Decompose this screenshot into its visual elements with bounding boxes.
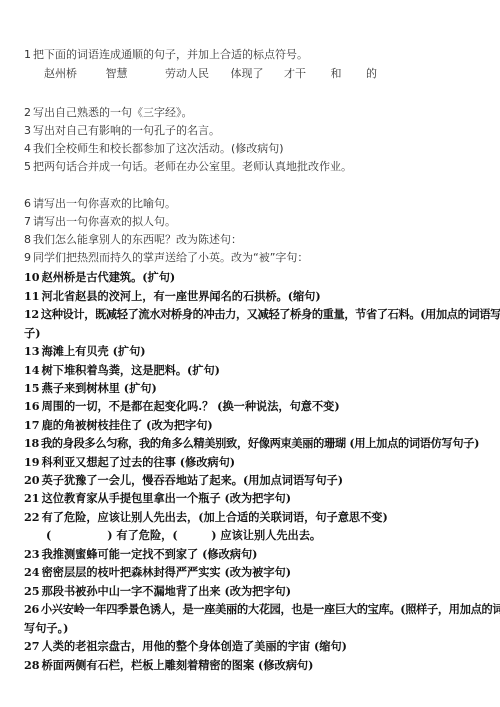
question-text: 小兴安岭一年四季景色诱人，是一座美丽的大花园，也是一座巨大的宝库。(照样子，用加… [41, 602, 500, 616]
question-3: 3写出对自己有影响的一句孔子的名言。 [24, 123, 220, 139]
question-text: 树下堆积着鸟粪，这是肥料。(扩句) [42, 363, 220, 377]
question-number: 23 [24, 547, 40, 561]
word-bank: 赵州桥 智慧 劳动人民 体现了 才干 和 的 [44, 66, 377, 82]
question-18: 18我的身段多么匀称，我的角多么精美别致，好像两束美丽的珊瑚 (用上加点的词语仿… [24, 435, 479, 451]
question-number: 25 [24, 584, 40, 598]
question-4: 4我们全校师生和校长都参加了这次活动。(修改病句) [24, 141, 284, 157]
question-22: 22有了危险，应该让别人先出去，(加上合适的关联词语，句子意思不变) [24, 509, 388, 525]
question-24: 24密密层层的枝叶把森林封得严严实实 (改为被字句) [24, 564, 291, 580]
question-text: 我的身段多么匀称，我的角多么精美别致，好像两束美丽的珊瑚 (用上加点的词语仿写句… [41, 436, 479, 450]
question-12-continued: 子) [24, 325, 40, 341]
question-25: 25那段书被孙中山一字不漏地背了出来 (改为把字句) [24, 583, 291, 599]
question-text: 海滩上有贝壳 (扩句) [42, 344, 146, 358]
question-number: 8 [24, 233, 31, 246]
question-number: 22 [24, 510, 40, 524]
question-text: 请写出一句你喜欢的比喻句。 [33, 197, 176, 210]
question-text: 同学们把热烈而持久的掌声送给了小英。改为“被”字句： [33, 251, 308, 264]
question-8: 8我们怎么能拿别人的东西呢？改为陈述句： [24, 232, 242, 248]
question-23: 23我推测蜜蜂可能一定找不到家了 (修改病句) [24, 546, 257, 562]
question-text: 有了危险，应该让别人先出去，(加上合适的关联词语，句子意思不变) [42, 510, 388, 524]
question-number: 6 [24, 197, 31, 210]
question-text: 赵州桥是古代建筑。(扩句) [42, 270, 176, 284]
question-number: 26 [24, 602, 39, 616]
question-22-fill-in: ( ) 有了危险，( ) 应该让别人先出去。 [46, 527, 321, 543]
question-number: 9 [24, 251, 31, 264]
question-text: 把两句话合并成一句话。老师在办公室里。老师认真地批改作业。 [33, 160, 352, 173]
question-16: 16周围的一切，不是都在起变化吗.？ (换一种说法，句意不变) [24, 398, 340, 414]
word-bank-item: 体现了 [231, 66, 281, 82]
question-text: 燕子来到树林里 (扩句) [42, 381, 157, 395]
question-text: 桥面两侧有石栏，栏板上雕刻着精密的图案 (修改病句) [42, 658, 314, 672]
question-2: 2写出自己熟悉的一句《三字经》。 [24, 105, 193, 121]
question-text-continued: 子) [24, 326, 40, 340]
question-1: 1把下面的词语连成通顺的句子，并加上合适的标点符号。 [24, 47, 308, 63]
question-text: 河北省赵县的洨河上，有一座世界闻名的石拱桥。(缩句) [42, 289, 321, 303]
question-number: 18 [24, 436, 39, 450]
word-bank-item: 才干 [284, 66, 327, 82]
question-28: 28桥面两侧有石栏，栏板上雕刻着精密的图案 (修改病句) [24, 657, 313, 673]
question-26-continued: 写句子。) [24, 620, 68, 636]
question-number: 11 [24, 289, 40, 303]
question-number: 13 [24, 344, 40, 358]
question-20: 20英子犹豫了一会儿，慢吞吞地站了起来。(用加点词语写句子) [24, 472, 343, 488]
question-26: 26小兴安岭一年四季景色诱人，是一座美丽的大花园，也是一座巨大的宝库。(照样子，… [24, 601, 500, 617]
question-text: 这位教育家从手提包里拿出一个瓶子 (改为把字句) [42, 491, 291, 505]
question-17: 17鹿的角被树枝挂住了 (改为把字句) [24, 417, 213, 433]
question-text: 人类的老祖宗盘古，用他的整个身体创造了美丽的宇宙 (缩句) [42, 639, 347, 653]
question-number: 3 [24, 124, 31, 137]
question-number: 7 [24, 215, 31, 228]
question-number: 24 [24, 565, 40, 579]
question-text: 写出对自己有影响的一句孔子的名言。 [33, 124, 220, 137]
question-number: 10 [24, 270, 40, 284]
question-number: 27 [24, 639, 40, 653]
worksheet-page: 1把下面的词语连成通顺的句子，并加上合适的标点符号。 赵州桥 智慧 劳动人民 体… [0, 0, 500, 707]
word-bank-item: 智慧 [106, 66, 162, 82]
question-15: 15燕子来到树林里 (扩句) [24, 380, 157, 396]
question-text: 周围的一切，不是都在起变化吗.？ (换一种说法，句意不变) [42, 399, 340, 413]
question-number: 4 [24, 142, 31, 155]
question-text-continued: 写句子。) [24, 621, 68, 635]
word-bank-item: 劳动人民 [165, 66, 227, 82]
question-text: 那段书被孙中山一字不漏地背了出来 (改为把字句) [42, 584, 291, 598]
question-number: 15 [24, 381, 40, 395]
fill-in-blank-sentence: ( ) 有了危险，( ) 应该让别人先出去。 [46, 528, 321, 542]
question-text: 请写出一句你喜欢的拟人句。 [33, 215, 176, 228]
question-text: 我们怎么能拿别人的东西呢？改为陈述句： [33, 233, 242, 246]
question-number: 1 [24, 48, 31, 61]
question-7: 7请写出一句你喜欢的拟人句。 [24, 214, 176, 230]
question-5: 5把两句话合并成一句话。老师在办公室里。老师认真地批改作业。 [24, 159, 352, 175]
question-text: 鹿的角被树枝挂住了 (改为把字句) [42, 418, 213, 432]
question-text: 这种设计，既减轻了流水对桥身的冲击力，又减轻了桥身的重量，节省了石料。(用加点的… [41, 307, 500, 321]
question-text: 写出自己熟悉的一句《三字经》。 [33, 106, 193, 119]
word-bank-item: 赵州桥 [44, 66, 102, 82]
word-bank-item: 的 [366, 66, 377, 82]
question-number: 17 [24, 418, 40, 432]
question-text: 我们全校师生和校长都参加了这次活动。(修改病句) [33, 142, 284, 155]
question-number: 16 [24, 399, 40, 413]
question-number: 12 [24, 307, 39, 321]
question-number: 14 [24, 363, 40, 377]
question-text: 把下面的词语连成通顺的句子，并加上合适的标点符号。 [33, 48, 308, 61]
question-text: 英子犹豫了一会儿，慢吞吞地站了起来。(用加点词语写句子) [42, 473, 343, 487]
question-number: 2 [24, 106, 31, 119]
question-19: 19科利亚又想起了过去的往事 (修改病句) [24, 454, 235, 470]
question-14: 14树下堆积着鸟粪，这是肥料。(扩句) [24, 362, 220, 378]
question-number: 5 [24, 160, 31, 173]
question-number: 21 [24, 491, 40, 505]
question-6: 6请写出一句你喜欢的比喻句。 [24, 196, 176, 212]
question-27: 27人类的老祖宗盘古，用他的整个身体创造了美丽的宇宙 (缩句) [24, 638, 347, 654]
question-number: 19 [24, 455, 40, 469]
question-text: 我推测蜜蜂可能一定找不到家了 (修改病句) [42, 547, 258, 561]
question-21: 21这位教育家从手提包里拿出一个瓶子 (改为把字句) [24, 490, 291, 506]
question-text: 密密层层的枝叶把森林封得严严实实 (改为被字句) [42, 565, 291, 579]
question-10: 10赵州桥是古代建筑。(扩句) [24, 269, 175, 285]
question-12: 12这种设计，既减轻了流水对桥身的冲击力，又减轻了桥身的重量，节省了石料。(用加… [24, 306, 500, 322]
question-number: 28 [24, 658, 40, 672]
word-bank-item: 和 [331, 66, 363, 82]
question-number: 20 [24, 473, 40, 487]
question-9: 9同学们把热烈而持久的掌声送给了小英。改为“被”字句： [24, 250, 308, 266]
question-text: 科利亚又想起了过去的往事 (修改病句) [42, 455, 235, 469]
question-13: 13海滩上有贝壳 (扩句) [24, 343, 146, 359]
question-11: 11河北省赵县的洨河上，有一座世界闻名的石拱桥。(缩句) [24, 288, 321, 304]
